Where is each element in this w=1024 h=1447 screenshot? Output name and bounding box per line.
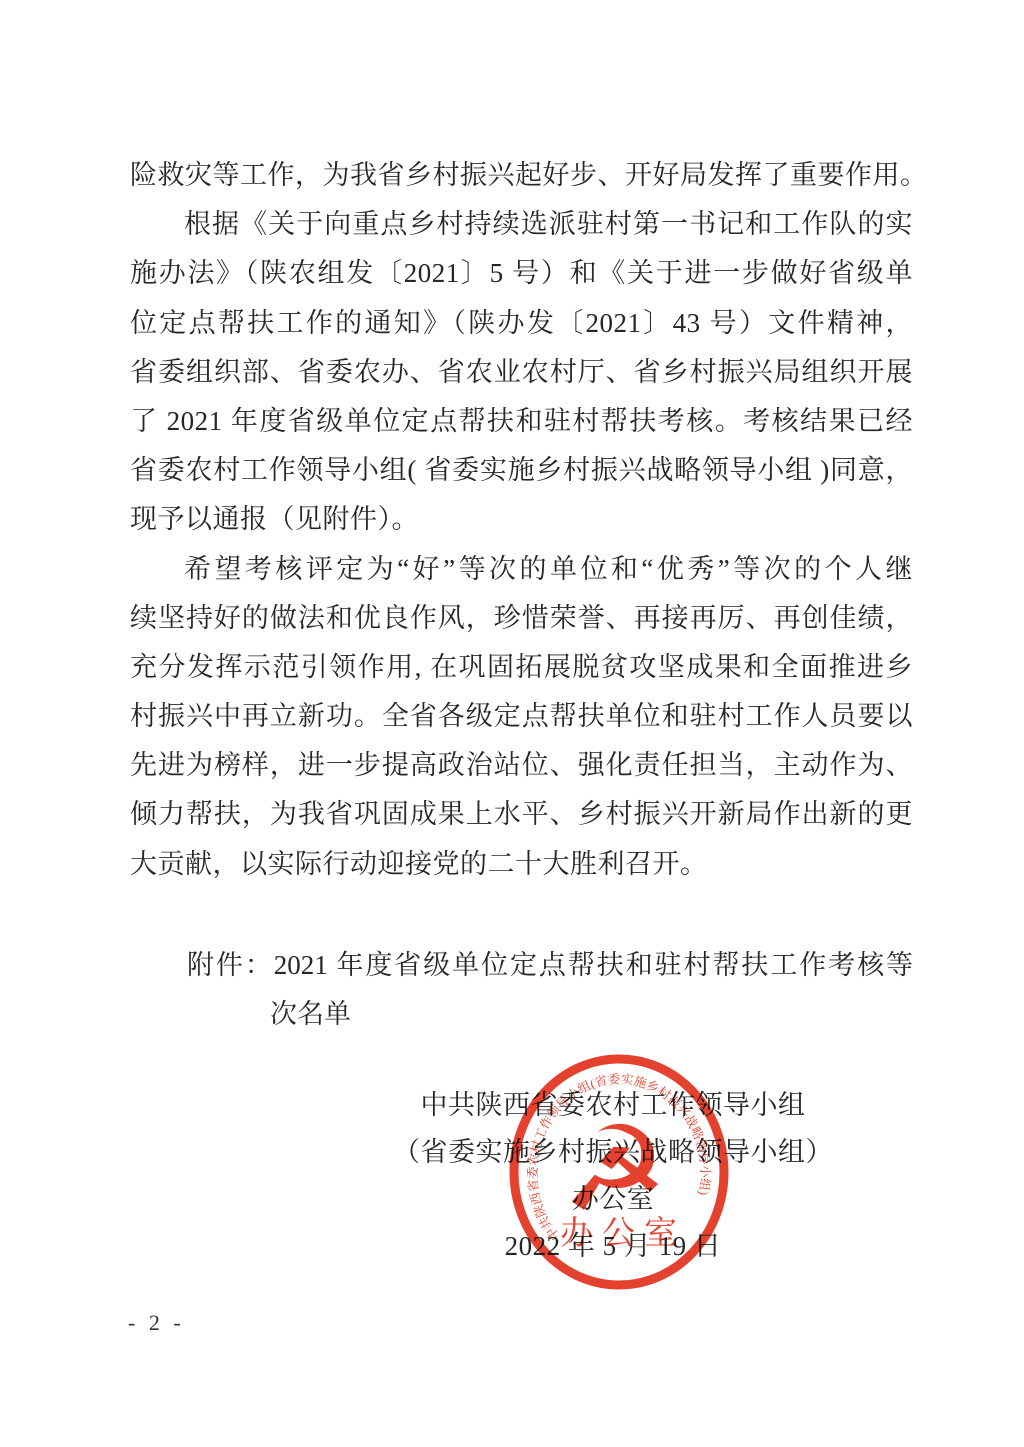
attachment-title-cont: 次名单 <box>270 999 351 1029</box>
body-line: 了 2021 年度省级单位定点帮扶和驻村帮扶考核。考核结果已经 <box>130 397 913 446</box>
body-text: 险救灾等工作，为我省乡村振兴起好步、开好局发挥了重要作用。 根据《关于向重点乡村… <box>130 151 913 889</box>
body-line: 村振兴中再立新功。全省各级定点帮扶单位和驻村工作人员要以 <box>130 692 913 741</box>
attachment-label: 附件： <box>187 950 274 980</box>
attachment-block: 附件：2021 年度省级单位定点帮扶和驻村帮扶工作考核等 次名单 <box>130 941 913 1039</box>
body-line: 希望考核评定为“好”等次的单位和“优秀”等次的个人继 <box>130 545 913 594</box>
attachment-line: 次名单 <box>130 990 913 1039</box>
body-line: 先进为榜样，进一步提高政治站位、强化责任担当，主动作为、 <box>130 741 913 790</box>
body-line: 位定点帮扶工作的通知》（陕办发〔2021〕43 号）文件精神， <box>130 299 913 348</box>
signature-block: 中共陕西省委农村工作领导小组 （省委实施乡村振兴战略领导小组） 办公室 2022… <box>213 1082 1013 1270</box>
body-line: 根据《关于向重点乡村持续选派驻村第一书记和工作队的实 <box>130 200 913 249</box>
signature-office: 办公室 <box>213 1176 1013 1223</box>
body-line: 续坚持好的做法和优良作风，珍惜荣誉、再接再厉、再创佳绩， <box>130 594 913 643</box>
body-line: 险救灾等工作，为我省乡村振兴起好步、开好局发挥了重要作用。 <box>130 151 913 200</box>
attachment-title: 2021 年度省级单位定点帮扶和驻村帮扶工作考核等 <box>274 950 913 980</box>
body-line: 倾力帮扶，为我省巩固成果上水平、乡村振兴开新局作出新的更 <box>130 790 913 839</box>
body-line: 大贡献，以实际行动迎接党的二十大胜利召开。 <box>130 840 913 889</box>
signature-org-line1: 中共陕西省委农村工作领导小组 <box>213 1082 1013 1129</box>
attachment-line: 附件：2021 年度省级单位定点帮扶和驻村帮扶工作考核等 <box>130 941 913 990</box>
body-line: 施办法》（陕农组发〔2021〕5 号）和《关于进一步做好省级单 <box>130 249 913 298</box>
body-line: 充分发挥示范引领作用, 在巩固拓展脱贫攻坚成果和全面推进乡 <box>130 643 913 692</box>
document-page: 险救灾等工作，为我省乡村振兴起好步、开好局发挥了重要作用。 根据《关于向重点乡村… <box>0 0 1024 1447</box>
signature-date: 2022 年 5 月 19 日 <box>213 1223 1013 1270</box>
body-line: 现予以通报（见附件）。 <box>130 495 913 544</box>
signature-org-line2: （省委实施乡村振兴战略领导小组） <box>213 1129 1013 1176</box>
body-line: 省委组织部、省委农办、省农业农村厅、省乡村振兴局组织开展 <box>130 348 913 397</box>
page-number: - 2 - <box>128 1310 185 1336</box>
body-line: 省委农村工作领导小组( 省委实施乡村振兴战略领导小组 )同意， <box>130 446 913 495</box>
